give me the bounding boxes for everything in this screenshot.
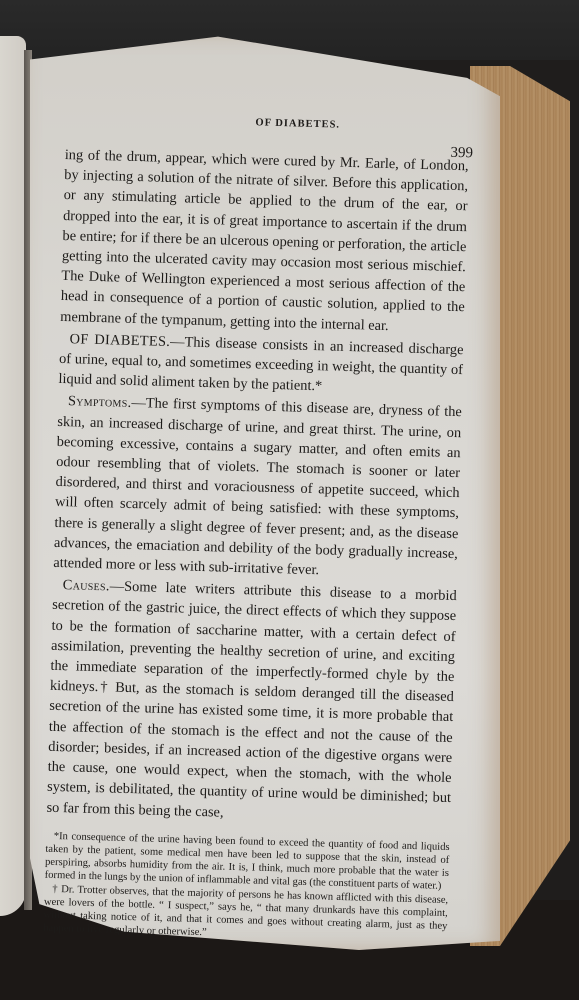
- paragraph-text: —The first symptoms of this disease are,…: [53, 395, 462, 578]
- section-heading-symptoms: Symptoms.: [68, 394, 132, 412]
- footnotes: *In consequence of the urine having been…: [43, 829, 450, 945]
- section-heading-of-diabetes: OF DIABETES.: [69, 331, 170, 350]
- paragraph-text: —Some late writers attribute this diseas…: [46, 579, 456, 820]
- section-heading-causes: Causes.: [63, 577, 110, 594]
- paragraph-causes: Causes.—Some late writers attribute this…: [46, 575, 457, 829]
- paragraph-ear-treatment: ing of the drum, appear, which were cure…: [60, 145, 469, 338]
- page-number: 399: [450, 145, 473, 163]
- paragraph-text: ing of the drum, appear, which were cure…: [60, 147, 469, 334]
- footnote-dagger: † Dr. Trotter observes, that the majorit…: [43, 882, 448, 945]
- facing-left-page: [0, 36, 26, 916]
- paragraph-symptoms: Symptoms.—The first symptoms of this dis…: [53, 391, 462, 584]
- body-text: ing of the drum, appear, which were cure…: [46, 145, 469, 829]
- paragraph-of-diabetes: OF DIABETES.—This disease consists in an…: [58, 329, 464, 401]
- page-content: OF DIABETES. 399 ing of the drum, appear…: [43, 112, 470, 947]
